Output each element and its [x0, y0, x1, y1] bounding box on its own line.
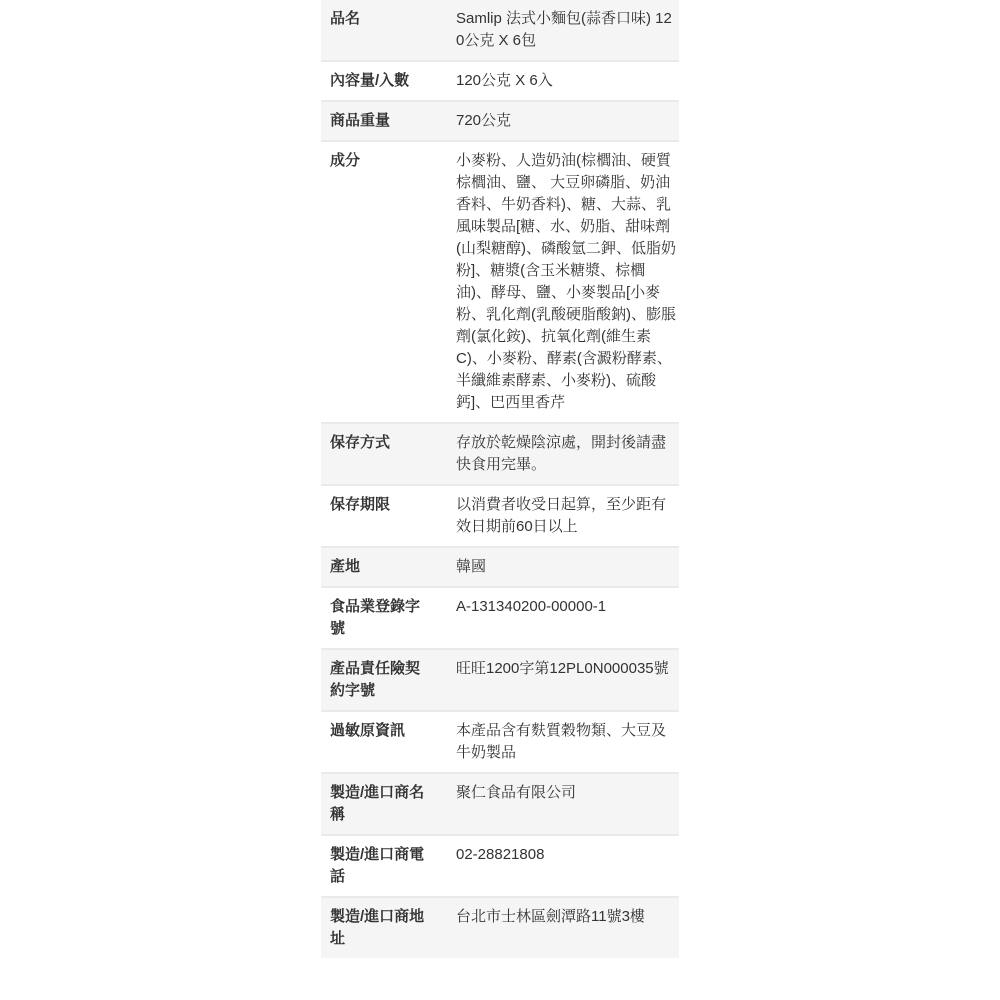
spec-row-label: 保存方式: [330, 432, 430, 454]
spec-row-value: Samlip 法式小麵包(蒜香口味) 120公克 X 6包: [456, 8, 679, 52]
spec-row-value: 韓國: [456, 556, 679, 578]
spec-row-value: 小麥粉、人造奶油(棕櫚油、硬質棕櫚油、鹽、 大豆卵磷脂、奶油香料、牛奶香料)、糖…: [456, 150, 679, 414]
spec-row-label: 保存期限: [330, 494, 430, 516]
spec-row-value: A-131340200-00000-1: [456, 596, 679, 618]
spec-row-value: 旺旺1200字第12PL0N000035號: [456, 658, 679, 680]
spec-row-label: 過敏原資訊: [330, 720, 430, 742]
spec-row-value: 台北市士林區劍潭路11號3樓: [456, 906, 679, 928]
spec-row-value: 02-28821808: [456, 844, 679, 866]
spec-row-label: 品名: [330, 8, 430, 30]
spec-row: 內容量/入數 120公克 X 6入: [321, 60, 679, 100]
product-spec-table: 品名 Samlip 法式小麵包(蒜香口味) 120公克 X 6包 內容量/入數 …: [321, 0, 679, 958]
spec-row-value: 以消費者收受日起算，至少距有效日期前60日以上: [456, 494, 679, 538]
spec-row: 成分 小麥粉、人造奶油(棕櫚油、硬質棕櫚油、鹽、 大豆卵磷脂、奶油香料、牛奶香料…: [321, 140, 679, 422]
spec-row: 製造/進口商電話 02-28821808: [321, 834, 679, 896]
spec-row: 製造/進口商名稱 聚仁食品有限公司: [321, 772, 679, 834]
spec-row: 製造/進口商地址 台北市士林區劍潭路11號3樓: [321, 896, 679, 958]
spec-row: 商品重量 720公克: [321, 100, 679, 140]
page: 品名 Samlip 法式小麵包(蒜香口味) 120公克 X 6包 內容量/入數 …: [0, 0, 1000, 1000]
spec-row-label: 製造/進口商名稱: [330, 782, 430, 826]
spec-row-value: 聚仁食品有限公司: [456, 782, 679, 804]
spec-row-value: 120公克 X 6入: [456, 70, 679, 92]
spec-row: 食品業登錄字號 A-131340200-00000-1: [321, 586, 679, 648]
spec-row-label: 產品責任險契約字號: [330, 658, 430, 702]
spec-row-value: 存放於乾燥陰涼處，開封後請盡快食用完畢。: [456, 432, 679, 476]
spec-row: 保存期限 以消費者收受日起算，至少距有效日期前60日以上: [321, 484, 679, 546]
spec-row-value: 720公克: [456, 110, 679, 132]
spec-row-value: 本產品含有麩質穀物類、大豆及牛奶製品: [456, 720, 679, 764]
spec-row-label: 成分: [330, 150, 430, 172]
spec-row-label: 製造/進口商電話: [330, 844, 430, 888]
spec-row: 過敏原資訊 本產品含有麩質穀物類、大豆及牛奶製品: [321, 710, 679, 772]
spec-row: 產地 韓國: [321, 546, 679, 586]
spec-row-label: 商品重量: [330, 110, 430, 132]
spec-row-label: 食品業登錄字號: [330, 596, 430, 640]
spec-row-label: 內容量/入數: [330, 70, 430, 92]
spec-row-label: 產地: [330, 556, 430, 578]
spec-row-label: 製造/進口商地址: [330, 906, 430, 950]
spec-row: 保存方式 存放於乾燥陰涼處，開封後請盡快食用完畢。: [321, 422, 679, 484]
spec-row: 品名 Samlip 法式小麵包(蒜香口味) 120公克 X 6包: [321, 0, 679, 60]
spec-row: 產品責任險契約字號 旺旺1200字第12PL0N000035號: [321, 648, 679, 710]
